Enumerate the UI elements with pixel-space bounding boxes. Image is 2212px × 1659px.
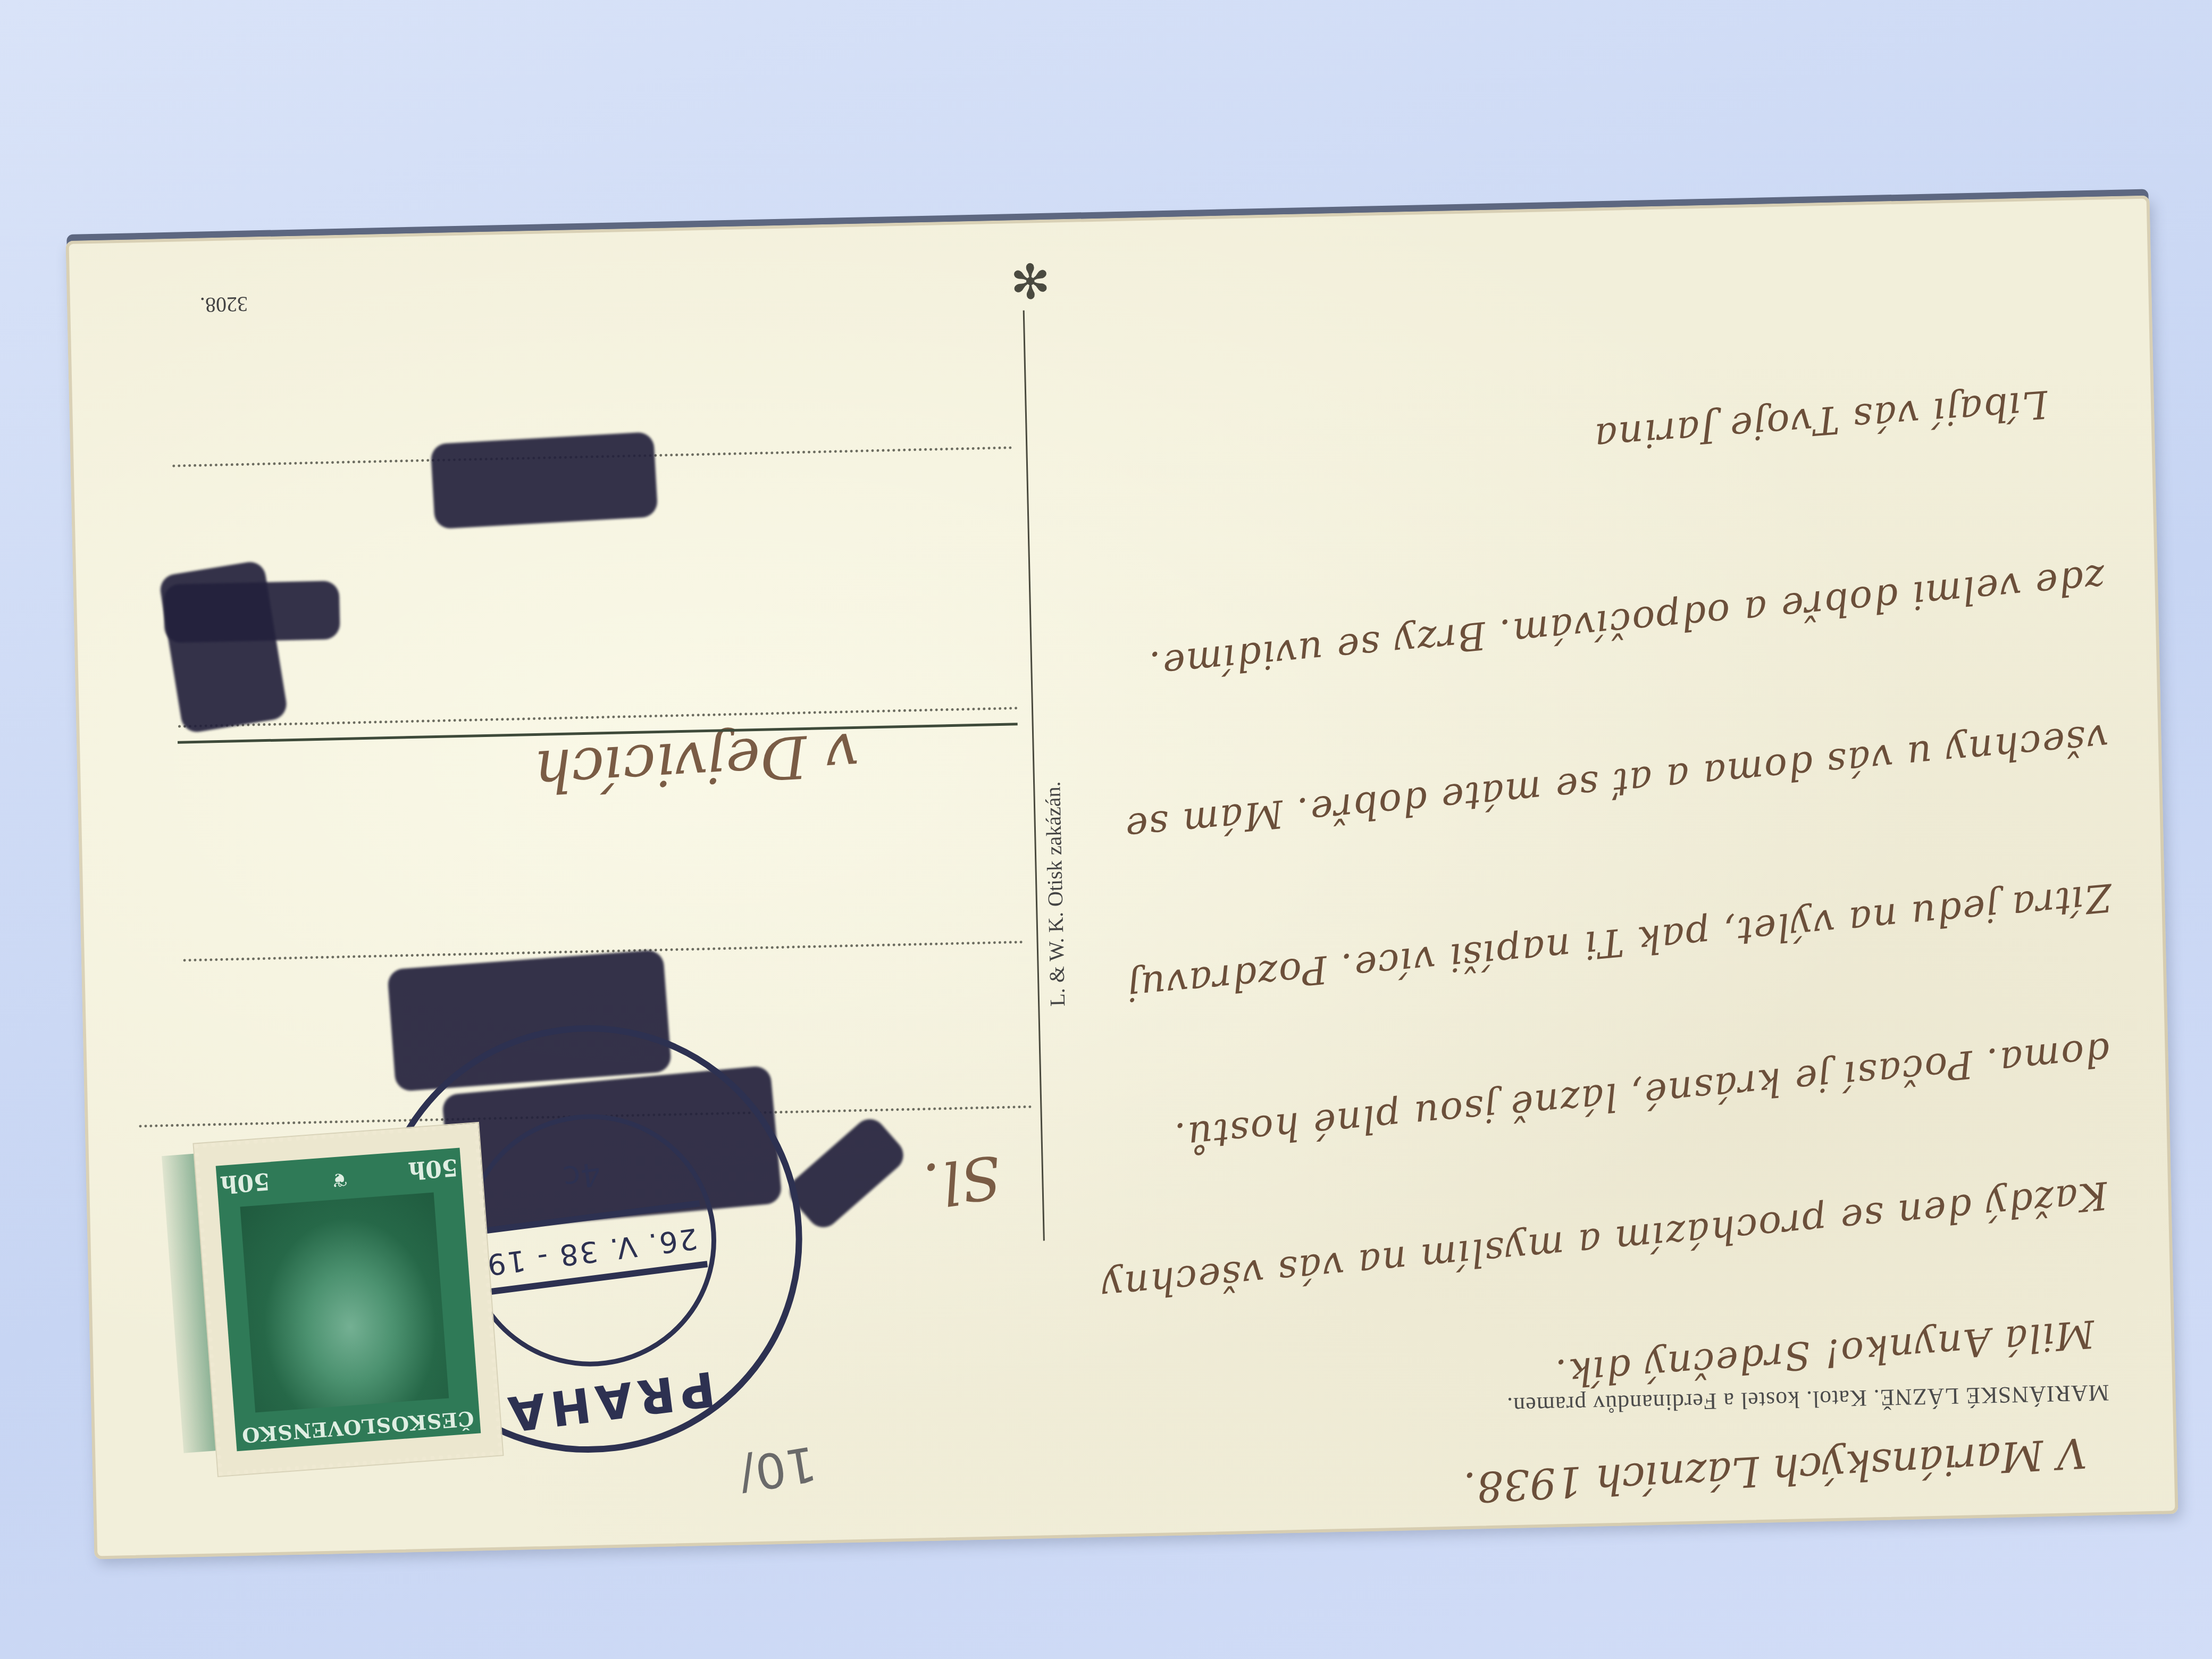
center-divider — [1023, 311, 1045, 1241]
redacted-country — [430, 432, 658, 530]
message-date: V Mariánských Lázních 1938. — [1462, 1428, 2088, 1511]
message-line: Zítra jedu na výlet, pak Ti napíši více.… — [1125, 875, 2114, 1010]
message-line: Líbají vás Tvoje Jarina — [1592, 382, 2049, 460]
postmark-office: 4c — [459, 1142, 705, 1209]
laurel-icon: ❦ — [286, 1164, 393, 1194]
message-line: doma. Počasí je krásné, lázně jsou plné … — [1172, 1029, 2112, 1160]
message-line: Každý den se procházím a myslím na vás v… — [1099, 1173, 2110, 1310]
redacted-region-part — [164, 581, 340, 643]
message-line: zde velmi dobře a odpočívám. Brzy se uvi… — [1147, 556, 2107, 689]
card-number: 3208. — [200, 292, 248, 318]
postcard: MARIÁNSKÉ LÁZNĚ. Katol. kostel a Ferdina… — [65, 196, 2178, 1560]
address-salutation: Sl. — [920, 1142, 1006, 1219]
address-line-3 — [177, 707, 1017, 727]
redacted-name-part — [783, 1113, 910, 1234]
stamp-value-left: 50h — [407, 1153, 459, 1184]
postcard-back: MARIÁNSKÉ LÁZNĚ. Katol. kostel a Ferdina… — [65, 196, 2178, 1560]
message-line: všechny u vás doma a ať se máte dobře. M… — [1122, 716, 2110, 851]
edelweiss-icon: ✻ — [1010, 254, 1051, 311]
stamp-country: ČESKOSLOVENSKO — [235, 1406, 481, 1448]
stamp-value-right: 50h — [219, 1167, 271, 1198]
pencil-note: 10/ — [735, 1435, 820, 1503]
stamp-fragment — [162, 1154, 215, 1453]
printer-imprint: L. & W. K. Otisk zakázán. — [1040, 781, 1070, 1007]
stamp-portrait — [240, 1192, 449, 1412]
postage-stamp: ČESKOSLOVENSKO 50h ❦ 50h — [194, 1123, 503, 1476]
stamp-design: ČESKOSLOVENSKO 50h ❦ 50h — [216, 1148, 481, 1452]
